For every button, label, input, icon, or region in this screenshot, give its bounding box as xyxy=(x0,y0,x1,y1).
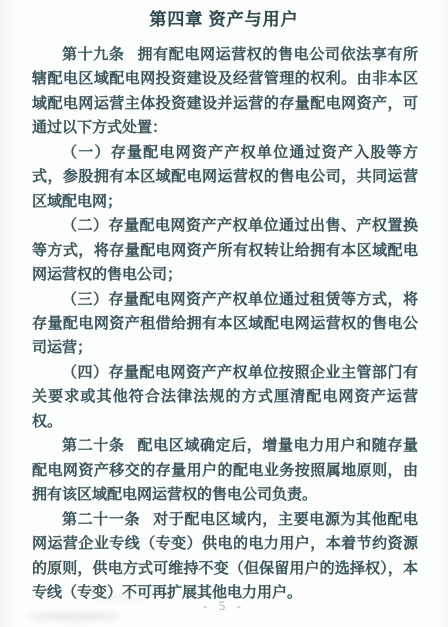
article-19-number: 第十九条 xyxy=(62,47,124,63)
document-page: 第四章 资产与用户 第十九条拥有配电网运营权的售电公司依法享有所辖配电区域配电网… xyxy=(0,0,448,627)
paragraph-item-4: （四）存量配电网资产产权单位按照企业主管部门有关要求或其他符合法律法规的方式厘清… xyxy=(32,361,418,434)
article-20-number: 第二十条 xyxy=(62,438,124,454)
document-body: 第十九条拥有配电网运营权的售电公司依法享有所辖配电区域配电网投资建设及经营管理的… xyxy=(32,43,418,605)
chapter-title: 第四章 资产与用户 xyxy=(0,5,448,30)
paragraph-item-3: （三）存量配电网资产产权单位通过租赁等方式，将存量配电网资产租借给拥有本区域配电… xyxy=(32,288,418,361)
scan-smudge xyxy=(90,594,150,600)
item-4-text: （四）存量配电网资产产权单位按照企业主管部门有关要求或其他符合法律法规的方式厘清… xyxy=(32,365,418,430)
paragraph-article-19: 第十九条拥有配电网运营权的售电公司依法享有所辖配电区域配电网投资建设及经营管理的… xyxy=(32,43,418,141)
scan-smudge xyxy=(28,612,120,621)
paragraph-item-1: （一）存量配电网资产产权单位通过资产入股等方式，参股拥有本区域配电网运营权的售电… xyxy=(32,141,418,214)
item-1-text: （一）存量配电网资产产权单位通过资产入股等方式，参股拥有本区域配电网运营权的售电… xyxy=(32,145,418,210)
paragraph-article-20: 第二十条配电区域确定后，增量电力用户和随存量配电网资产移交的存量用户的配电业务按… xyxy=(32,434,418,507)
paragraph-item-2: （二）存量配电网资产产权单位通过出售、产权置换等方式，将存量配电网资产所有权转让… xyxy=(32,214,418,287)
item-3-text: （三）存量配电网资产产权单位通过租赁等方式，将存量配电网资产租借给拥有本区域配电… xyxy=(32,292,418,357)
item-2-text: （二）存量配电网资产产权单位通过出售、产权置换等方式，将存量配电网资产所有权转让… xyxy=(32,218,418,283)
paragraph-article-21: 第二十一条对于配电区域内，主要电源为其他配电网运营企业专线（专变）供电的电力用户… xyxy=(32,508,418,606)
article-21-number: 第二十一条 xyxy=(62,512,140,528)
